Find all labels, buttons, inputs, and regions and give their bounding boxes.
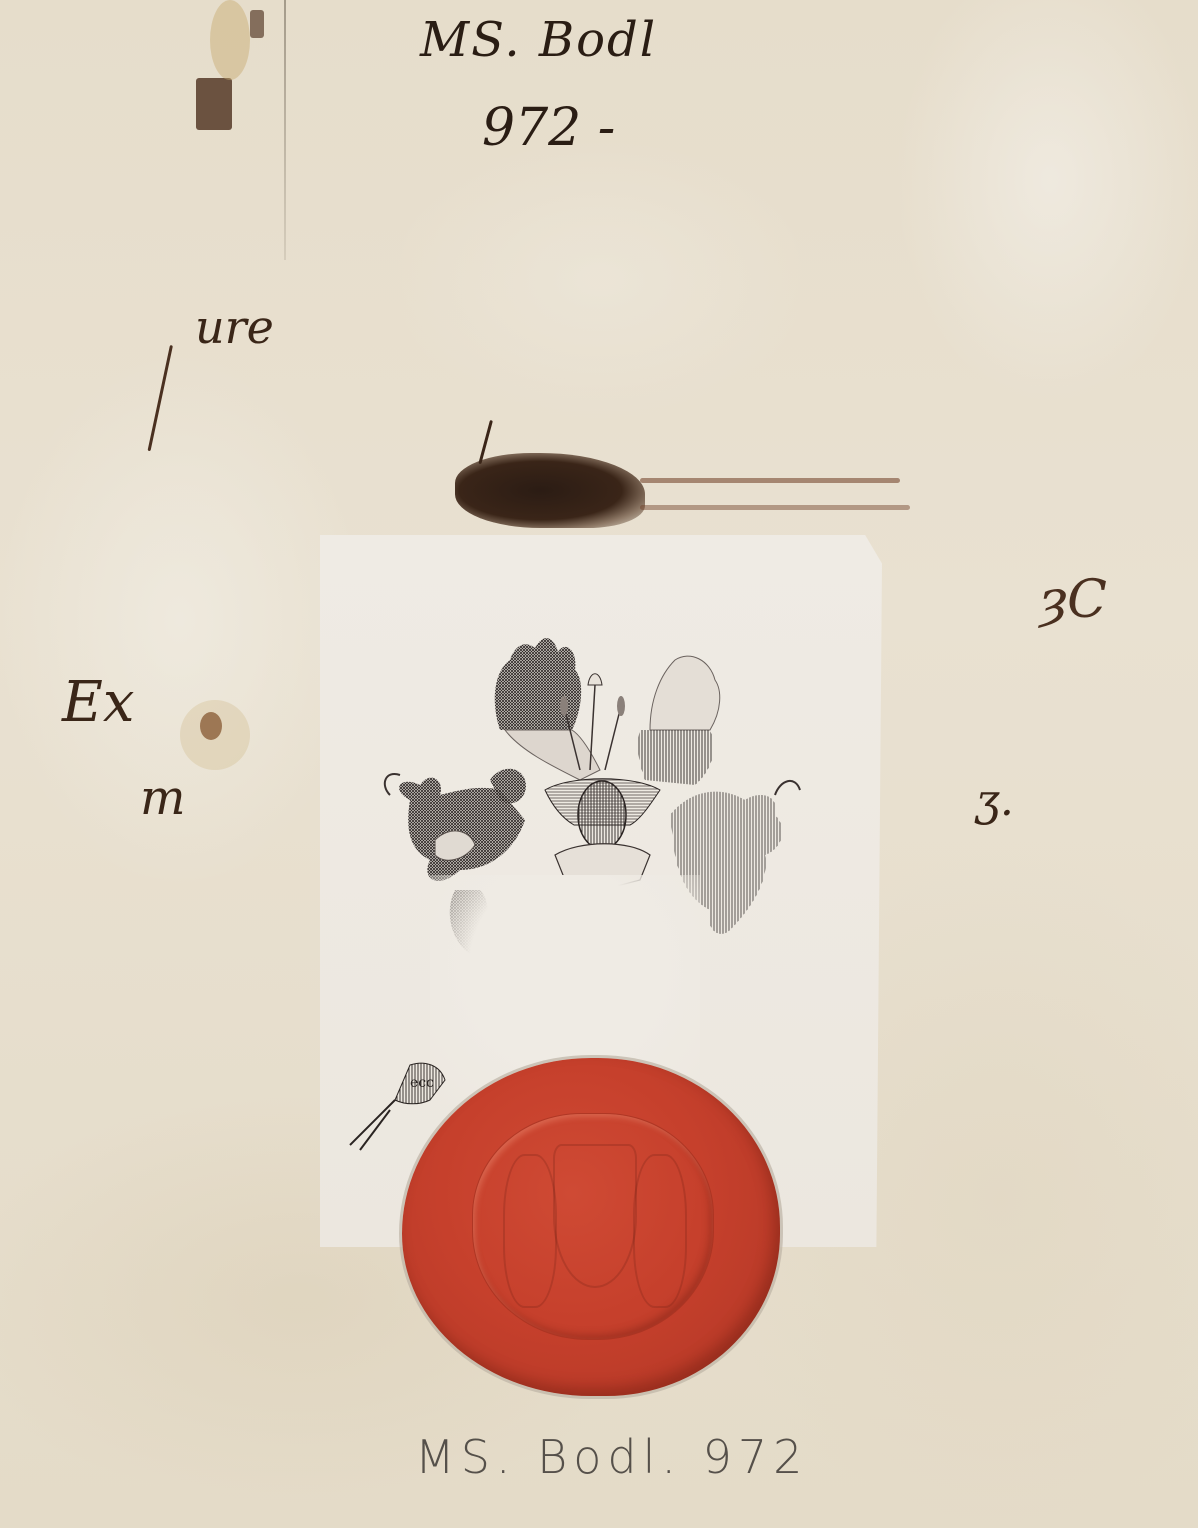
manuscript-page: MS. Bodl 972 - ure Ex m ȝC ʒ. — [0, 0, 1198, 1528]
shelfmark-ink-line2: 972 - — [482, 98, 615, 158]
foxing-stain — [210, 0, 250, 80]
handwritten-fragment: ȝC — [1040, 570, 1107, 630]
shelfmark-pencil: MS. Bodl. 972 — [415, 1430, 808, 1484]
paper-tear — [250, 10, 264, 38]
ink-offset — [640, 505, 910, 510]
seal-heraldic-figure — [503, 1154, 557, 1308]
foxing-stain — [180, 700, 250, 770]
paper-tear — [196, 78, 232, 130]
handwritten-fragment: Ex — [62, 670, 134, 735]
seal-impression — [472, 1113, 714, 1340]
handwritten-fragment: m — [140, 770, 186, 826]
ink-offset — [640, 478, 900, 483]
seal-shield — [553, 1144, 637, 1288]
ink-blot — [455, 453, 645, 528]
shelfmark-ink-line1: MS. Bodl — [420, 12, 657, 68]
pen-stroke — [148, 345, 173, 451]
seal-heraldic-figure — [633, 1154, 687, 1308]
svg-text:ecc: ecc — [410, 1075, 434, 1091]
paper-crease — [284, 0, 286, 260]
handwritten-fragment: ure — [195, 300, 274, 354]
handwritten-fragment: ʒ. — [975, 775, 1014, 826]
red-wax-seal — [402, 1058, 780, 1396]
